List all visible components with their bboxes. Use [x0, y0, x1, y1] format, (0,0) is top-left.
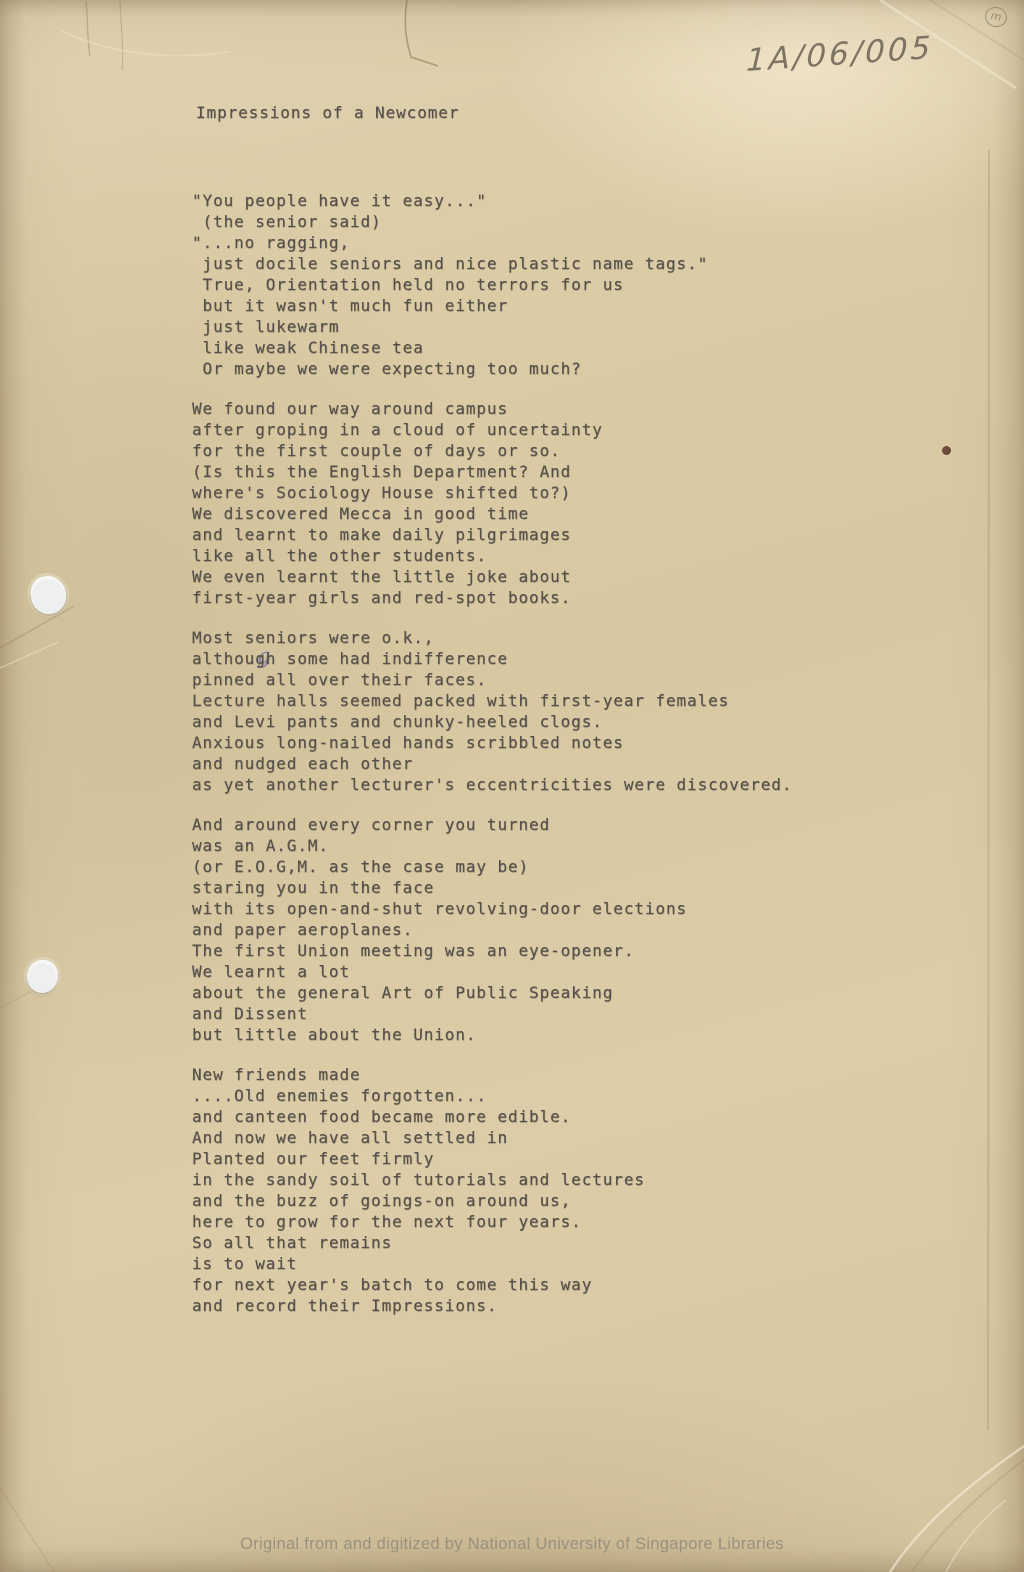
- poem-line: We even learnt the little joke about: [192, 566, 792, 587]
- poem-line: ....Old enemies forgotten...: [192, 1085, 792, 1106]
- poem-line: So all that remains: [192, 1232, 792, 1253]
- poem-line: And around every corner you turned: [192, 814, 792, 835]
- poem-line: New friends made: [192, 1064, 792, 1085]
- poem-line: just lukewarm: [192, 316, 792, 337]
- poem-line: but little about the Union.: [192, 1024, 792, 1045]
- punch-hole: [26, 959, 60, 995]
- poem-line: Planted our feet firmly: [192, 1148, 792, 1169]
- poem-line: like weak Chinese tea: [192, 337, 792, 358]
- poem-line: and Levi pants and chunky-heeled clogs.: [192, 711, 792, 732]
- handwritten-reference-number: 1A/06/005: [746, 29, 947, 79]
- poem-line: (or E.O.G,M. as the case may be): [192, 856, 792, 877]
- poem-line: here to grow for the next four years.: [192, 1211, 792, 1232]
- poem-line: Or maybe we were expecting too much?: [192, 358, 792, 379]
- poem-line: about the general Art of Public Speaking: [192, 982, 792, 1003]
- poem-line: and the buzz of goings-on around us,: [192, 1190, 792, 1211]
- red-ink-dot: [942, 446, 951, 455]
- stanza: Most seniors were o.k.,although some had…: [192, 627, 792, 795]
- poem-line: We found our way around campus: [192, 398, 792, 419]
- poem-line: (the senior said): [192, 211, 792, 232]
- poem-line: And now we have all settled in: [192, 1127, 792, 1148]
- poem-line: first-year girls and red-spot books.: [192, 587, 792, 608]
- poem-line: was an A.G.M.: [192, 835, 792, 856]
- poem-line: We learnt a lot: [192, 961, 792, 982]
- poem-line: just docile seniors and nice plastic nam…: [192, 253, 792, 274]
- punch-hole: [29, 574, 69, 617]
- page-title: Impressions of a Newcomer: [196, 103, 459, 122]
- circled-corner-mark: m: [983, 5, 1009, 29]
- poem-line: after groping in a cloud of uncertainty: [192, 419, 792, 440]
- poem-line: The first Union meeting was an eye-opene…: [192, 940, 792, 961]
- digitization-credit: Original from and digitized by National …: [0, 1535, 1024, 1554]
- poem-line: True, Orientation held no terrors for us: [192, 274, 792, 295]
- poem-line: and Dissent: [192, 1003, 792, 1024]
- poem-line: for the first couple of days or so.: [192, 440, 792, 461]
- poem-line: We discovered Mecca in good time: [192, 503, 792, 524]
- poem-line: "You people have it easy...": [192, 190, 792, 211]
- poem-line: Most seniors were o.k.,: [192, 627, 792, 648]
- poem-line: for next year's batch to come this way: [192, 1274, 792, 1295]
- stanza: "You people have it easy..." (the senior…: [192, 190, 792, 379]
- poem-line: like all the other students.: [192, 545, 792, 566]
- stanza: We found our way around campusafter grop…: [192, 398, 792, 608]
- poem-line: "...no ragging,: [192, 232, 792, 253]
- poem-line: Lecture halls seemed packed with first-y…: [192, 690, 792, 711]
- poem-line: (Is this the English Department? And: [192, 461, 792, 482]
- poem-line: with its open-and-shut revolving-door el…: [192, 898, 792, 919]
- poem-line: and learnt to make daily pilgrimages: [192, 524, 792, 545]
- poem-line: and canteen food became more edible.: [192, 1106, 792, 1127]
- poem-line: staring you in the face: [192, 877, 792, 898]
- poem-line: where's Sociology House shifted to?): [192, 482, 792, 503]
- poem: "You people have it easy..." (the senior…: [192, 190, 792, 1316]
- poem-line: pinned all over their faces.: [192, 669, 792, 690]
- poem-line: and paper aeroplanes.: [192, 919, 792, 940]
- poem-line: and nudged each other: [192, 753, 792, 774]
- poem-line: and record their Impressions.: [192, 1295, 792, 1316]
- poem-line: although some had indifference: [192, 648, 792, 669]
- poem-line: Anxious long-nailed hands scribbled note…: [192, 732, 792, 753]
- poem-line: in the sandy soil of tutorials and lectu…: [192, 1169, 792, 1190]
- poem-line: as yet another lecturer's eccentricities…: [192, 774, 792, 795]
- stanza: And around every corner you turnedwas an…: [192, 814, 792, 1045]
- scanned-document-page: 1A/06/005 m g Impressions of a Newcomer …: [0, 0, 1024, 1572]
- stanza: New friends made....Old enemies forgotte…: [192, 1064, 792, 1316]
- poem-line: but it wasn't much fun either: [192, 295, 792, 316]
- poem-line: is to wait: [192, 1253, 792, 1274]
